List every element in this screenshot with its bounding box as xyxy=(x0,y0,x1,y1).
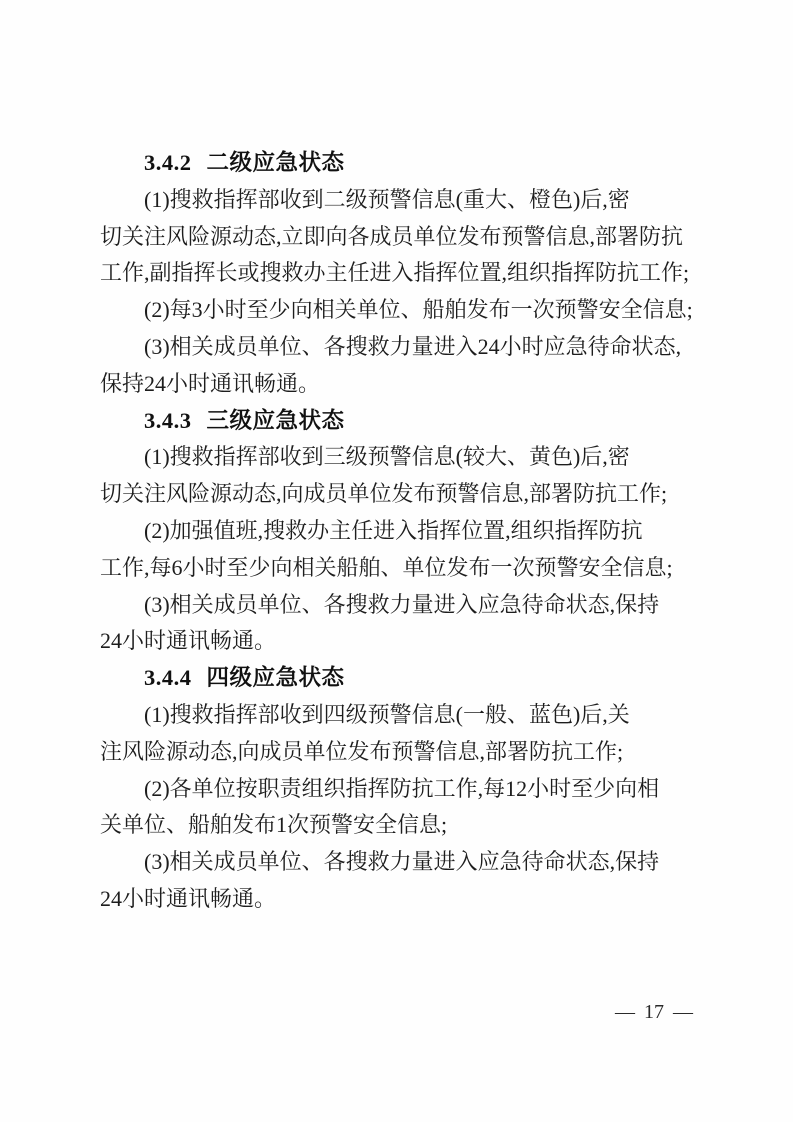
section-title: 二级应急状态 xyxy=(207,150,345,175)
section-number: 3.4.2 xyxy=(144,150,192,175)
section-title: 三级应急状态 xyxy=(207,408,345,433)
paragraph-line: (1)搜救指挥部收到四级预警信息(一般、蓝色)后,关 xyxy=(100,697,694,734)
paragraph-line: (1)搜救指挥部收到三级预警信息(较大、黄色)后,密 xyxy=(100,439,694,476)
section-heading: 3.4.2二级应急状态 xyxy=(100,145,694,182)
footer-dash-right: — xyxy=(673,1001,693,1024)
section-title: 四级应急状态 xyxy=(207,665,345,690)
page-number: 17 xyxy=(644,1001,664,1024)
footer-dash-left: — xyxy=(615,1001,635,1024)
paragraph-line: (2)加强值班,搜救办主任进入指挥位置,组织指挥防抗 xyxy=(100,513,694,550)
section-number: 3.4.3 xyxy=(144,408,192,433)
paragraph-line: 注风险源动态,向成员单位发布预警信息,部署防抗工作; xyxy=(100,734,694,771)
paragraph-line: 切关注风险源动态,向成员单位发布预警信息,部署防抗工作; xyxy=(100,476,694,513)
section-heading: 3.4.3三级应急状态 xyxy=(100,403,694,440)
section-heading: 3.4.4四级应急状态 xyxy=(100,660,694,697)
paragraph-line: 保持24小时通讯畅通。 xyxy=(100,366,694,403)
page-footer: — 17 — xyxy=(615,1001,693,1024)
paragraph-line: (2)各单位按职责组织指挥防抗工作,每12小时至少向相 xyxy=(100,771,694,808)
document-content: 3.4.2二级应急状态(1)搜救指挥部收到二级预警信息(重大、橙色)后,密切关注… xyxy=(100,145,694,918)
document-page: 3.4.2二级应急状态(1)搜救指挥部收到二级预警信息(重大、橙色)后,密切关注… xyxy=(0,0,793,1122)
paragraph-line: (3)相关成员单位、各搜救力量进入应急待命状态,保持 xyxy=(100,587,694,624)
paragraph-line: (1)搜救指挥部收到二级预警信息(重大、橙色)后,密 xyxy=(100,182,694,219)
paragraph-line: 24小时通讯畅通。 xyxy=(100,623,694,660)
paragraph-line: 24小时通讯畅通。 xyxy=(100,881,694,918)
paragraph-line: (2)每3小时至少向相关单位、船舶发布一次预警安全信息; xyxy=(100,292,694,329)
paragraph-line: (3)相关成员单位、各搜救力量进入24小时应急待命状态, xyxy=(100,329,694,366)
paragraph-line: (3)相关成员单位、各搜救力量进入应急待命状态,保持 xyxy=(100,844,694,881)
paragraph-line: 切关注风险源动态,立即向各成员单位发布预警信息,部署防抗 xyxy=(100,219,694,256)
paragraph-line: 工作,副指挥长或搜救办主任进入指挥位置,组织指挥防抗工作; xyxy=(100,255,694,292)
paragraph-line: 工作,每6小时至少向相关船舶、单位发布一次预警安全信息; xyxy=(100,550,694,587)
section-number: 3.4.4 xyxy=(144,665,192,690)
paragraph-line: 关单位、船舶发布1次预警安全信息; xyxy=(100,807,694,844)
